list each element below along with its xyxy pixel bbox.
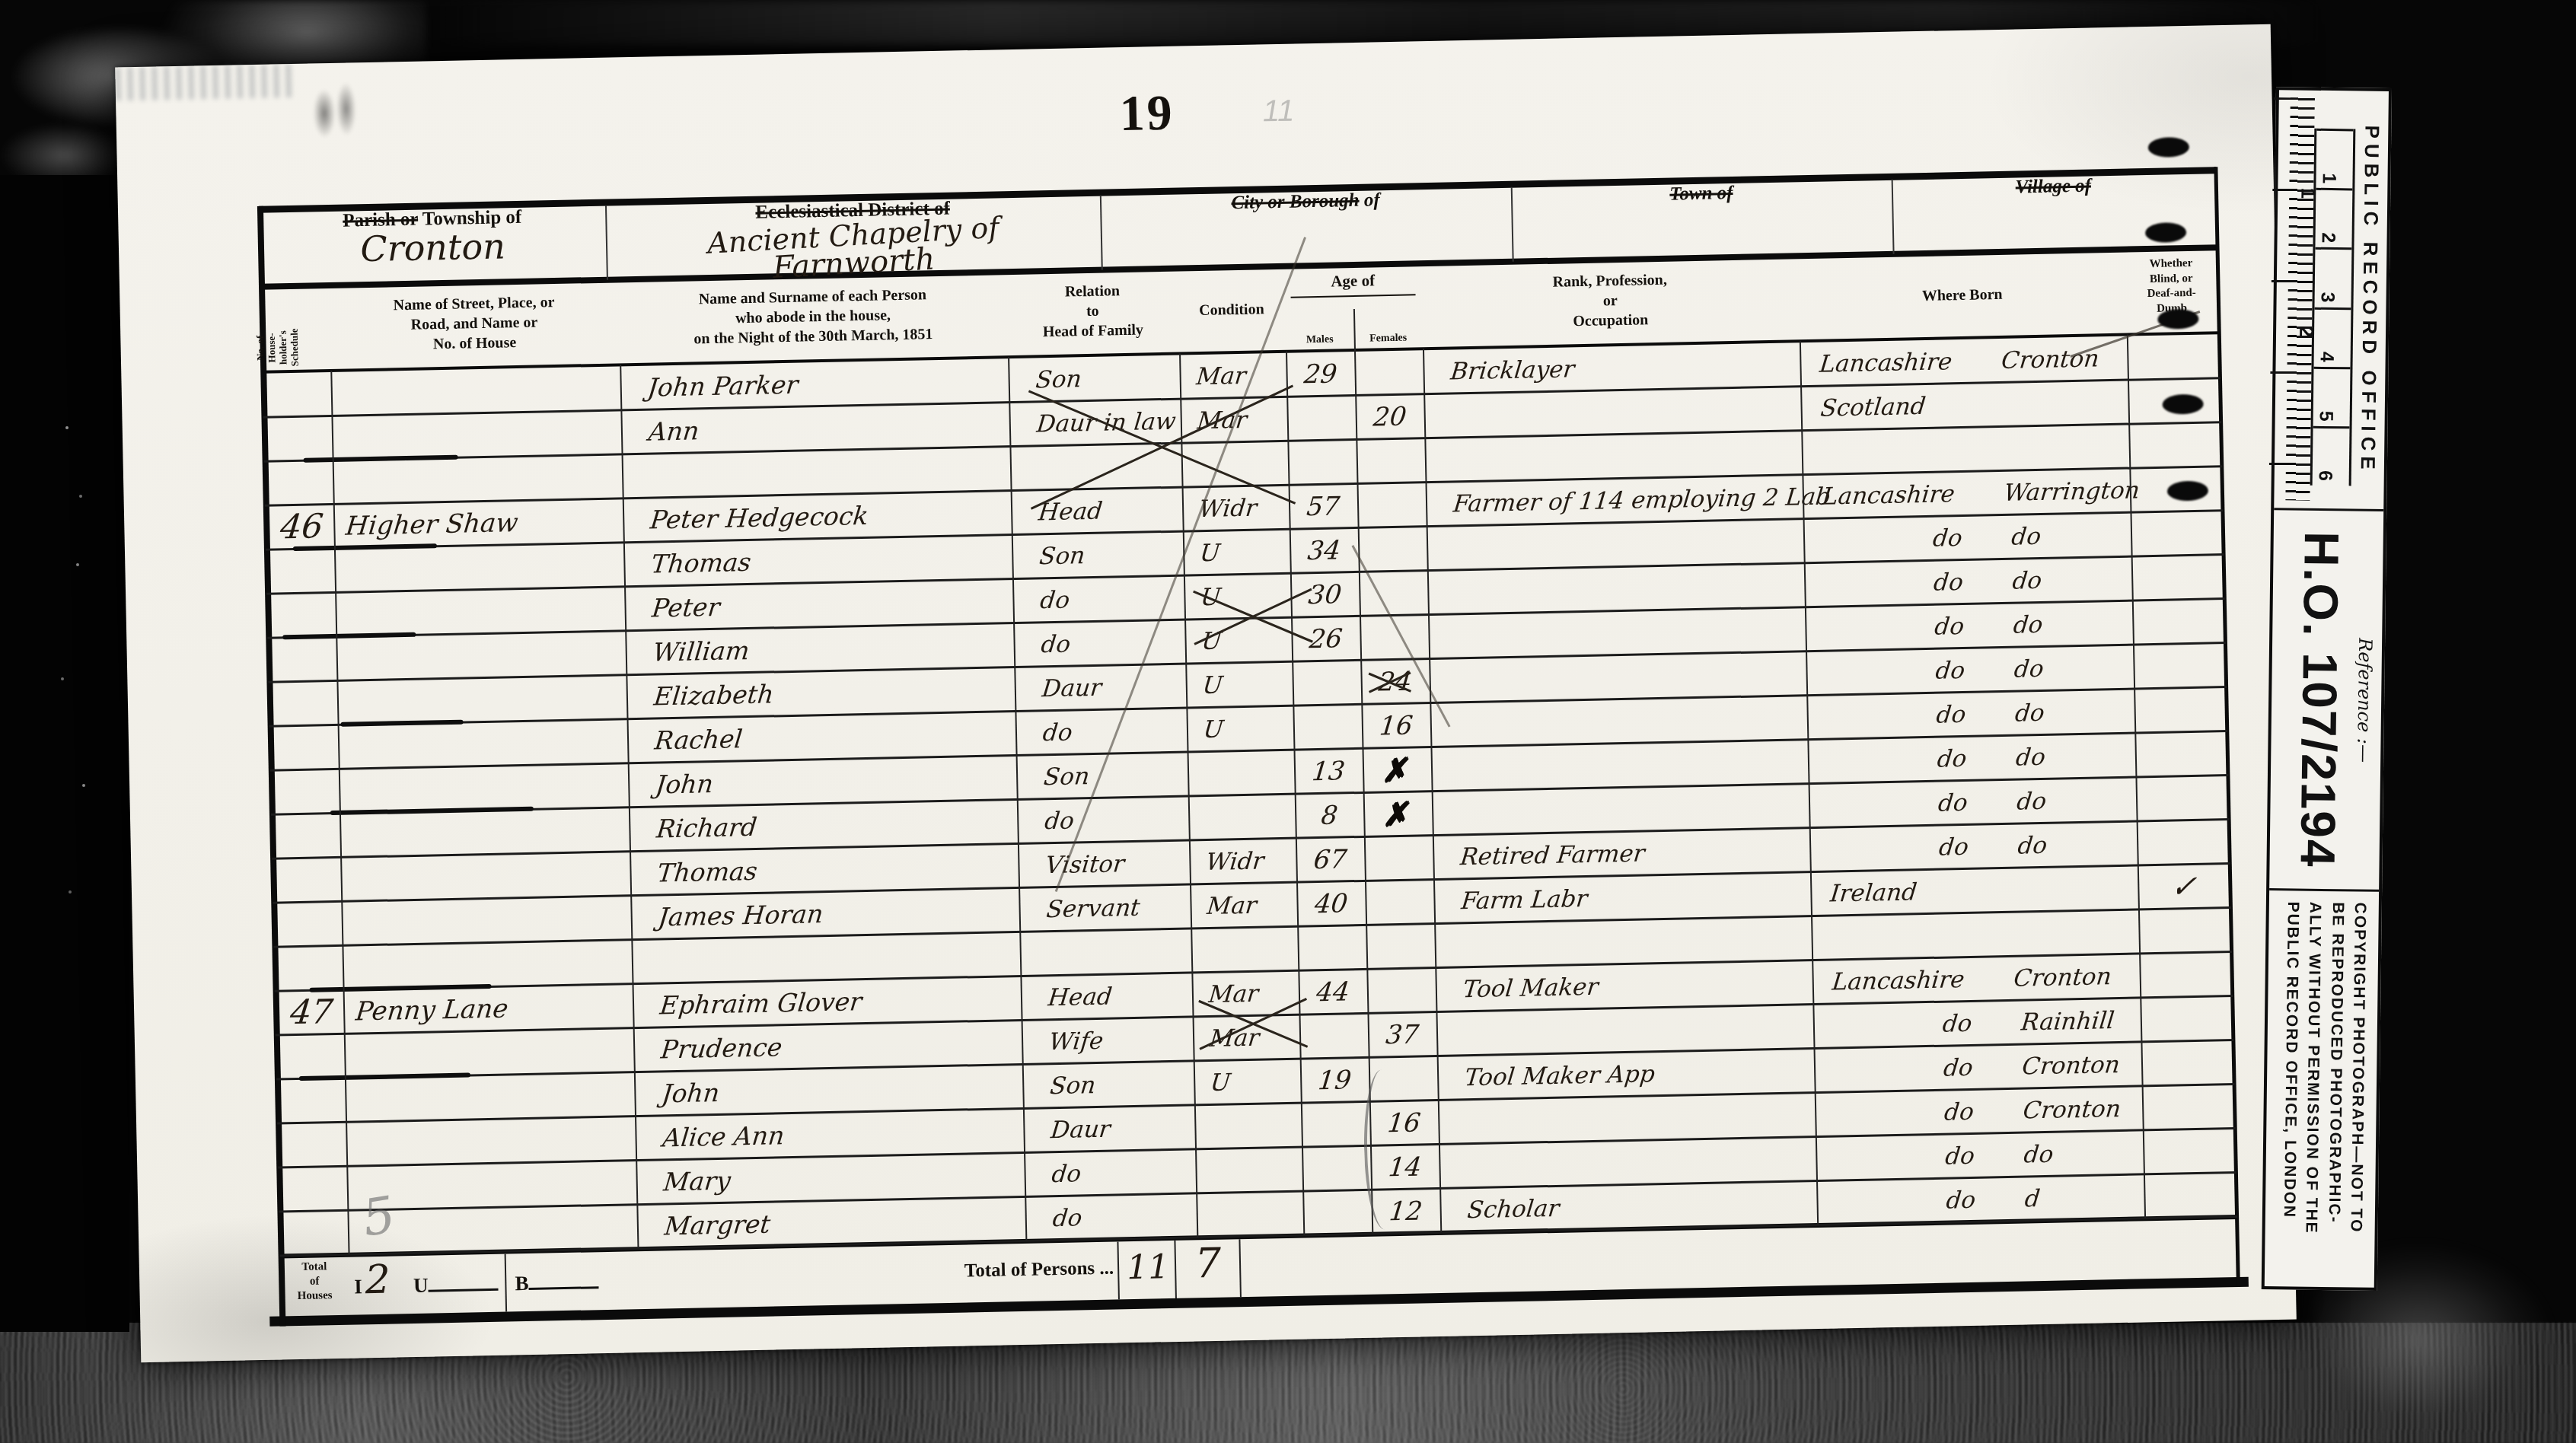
cell-street: Penny Lane bbox=[341, 985, 635, 1035]
totals-females: 7 bbox=[1177, 1232, 1239, 1295]
column-header-condition: Condition bbox=[1178, 269, 1286, 354]
pro-reference-section: Reference :— H.O. 107/2194 bbox=[2269, 510, 2383, 892]
cell-born: Lancashire Cronton bbox=[1798, 337, 2130, 388]
column-header-relation: Relation to Head of Family bbox=[1006, 271, 1179, 357]
pencil-smudge bbox=[307, 73, 363, 153]
cell-age_m: 40 bbox=[1295, 882, 1368, 928]
column-header-born: Where Born bbox=[1798, 252, 2127, 342]
ruler-inch-2: 2 bbox=[2294, 326, 2318, 337]
cell-name: Alice Ann bbox=[633, 1110, 1026, 1161]
ruler-number: 2 bbox=[2315, 188, 2352, 248]
cell-sched: 46 bbox=[263, 505, 336, 551]
table-right-border bbox=[2214, 167, 2240, 1287]
pencil-mark: 11 bbox=[1262, 94, 1294, 129]
cell-occupation: Retired Farmer bbox=[1430, 829, 1812, 881]
cell-sched: 47 bbox=[273, 991, 346, 1037]
cell-age_f: ✗ bbox=[1360, 748, 1433, 794]
cell-born: do do bbox=[1803, 601, 2135, 652]
row-line-emphasis bbox=[299, 1072, 470, 1081]
column-header-schedule: No. of House- holder's Schedule bbox=[254, 304, 339, 390]
cell-occupation: Tool Maker bbox=[1433, 961, 1815, 1013]
scribble-mark: ✗ bbox=[1382, 751, 1412, 789]
column-header-name: Name and Surname of each Person who abod… bbox=[618, 274, 1008, 365]
cell-name: James Horan bbox=[629, 889, 1022, 941]
cell-born: do do bbox=[1806, 734, 2138, 785]
cell-relation: do bbox=[1022, 1150, 1198, 1198]
cell-age_m: 13 bbox=[1292, 750, 1365, 795]
totals-divider-3 bbox=[1174, 1241, 1177, 1298]
cell-occupation: Bricklayer bbox=[1421, 343, 1803, 395]
totals-males: 11 bbox=[1121, 1240, 1175, 1295]
ruler-ticks: 1 2 bbox=[2285, 97, 2314, 500]
building-blank bbox=[528, 1263, 599, 1290]
inhabited-label: I bbox=[354, 1275, 362, 1298]
cell-relation: do bbox=[1023, 1194, 1199, 1242]
row-line-emphasis bbox=[282, 632, 416, 640]
cell-name: William bbox=[623, 624, 1016, 676]
cell-name: Thomas bbox=[628, 845, 1021, 897]
cell-relation: Head bbox=[1019, 973, 1194, 1021]
binding-hole bbox=[2167, 481, 2209, 502]
cell-born: do Cronton bbox=[1812, 1043, 2144, 1094]
pencil-five: 5 bbox=[359, 1185, 400, 1248]
cell-occupation: Farm Labr bbox=[1432, 873, 1813, 925]
cell-born: Lancashire Warrington bbox=[1800, 470, 2132, 521]
row-line-emphasis bbox=[341, 720, 464, 727]
ruler-number: 1 bbox=[2316, 129, 2353, 189]
census-page: 19 11 Parish or Township of Cronton Eccl… bbox=[115, 24, 2297, 1362]
age-label: Age of bbox=[1284, 266, 1422, 292]
ruler-number: 3 bbox=[2314, 247, 2351, 307]
ruler-number-cells: 123456 bbox=[2310, 129, 2356, 486]
cell-age_f: 20 bbox=[1353, 395, 1427, 441]
totals-divider-2 bbox=[1117, 1241, 1120, 1299]
ink-cross-mark-4 bbox=[1366, 664, 1413, 699]
cell-name: Peter Hedgecock bbox=[620, 492, 1013, 543]
cell-age_m: 8 bbox=[1293, 794, 1366, 839]
scribble-mark: ✗ bbox=[1382, 795, 1413, 833]
cell-street: Higher Shaw bbox=[331, 499, 625, 549]
cell-name: John Parker bbox=[618, 359, 1011, 411]
scan-specks bbox=[65, 426, 69, 429]
cell-born: do do bbox=[1807, 822, 2139, 873]
cell-occupation: Farmer of 114 employing 2 Lab bbox=[1423, 476, 1805, 527]
cell-born: do do bbox=[1805, 690, 2137, 741]
copyright-line: PUBLIC RECORD OFFICE, LONDON bbox=[2277, 901, 2303, 1273]
copyright-line: COPYRIGHT PHOTOGRAPH—NOT TO bbox=[2345, 902, 2371, 1274]
cell-relation: Servant bbox=[1017, 885, 1193, 933]
pro-copyright-section: COPYRIGHT PHOTOGRAPH—NOT TOBE REPRODUCED… bbox=[2265, 890, 2379, 1285]
cell-condition: U bbox=[1184, 707, 1296, 753]
cell-born: do Cronton bbox=[1812, 1087, 2144, 1138]
age-females-label: Females bbox=[1354, 332, 1423, 346]
copyright-line: ALLY WITHOUT PERMISSION OF THE bbox=[2300, 902, 2326, 1274]
cell-relation: Son bbox=[1014, 753, 1190, 801]
cell-name: Richard bbox=[626, 801, 1019, 852]
cell-name: John bbox=[632, 1066, 1025, 1117]
uninhabited-label: U bbox=[413, 1274, 429, 1297]
binding-hole bbox=[2162, 394, 2204, 415]
cell-name: Thomas bbox=[622, 536, 1015, 588]
age-males-label: Males bbox=[1286, 333, 1354, 347]
cell-occupation: Scholar bbox=[1438, 1182, 1819, 1234]
cell-condition: Mar bbox=[1188, 884, 1299, 930]
cell-name: Elizabeth bbox=[624, 668, 1017, 720]
cell-age_f: 16 bbox=[1360, 704, 1433, 750]
ruler-inch-1: 1 bbox=[2296, 187, 2319, 199]
ruler-number: 5 bbox=[2313, 366, 2351, 426]
totals-persons-label: Total of Persons ... bbox=[748, 1258, 1114, 1287]
cell-born: Ireland bbox=[1809, 866, 2141, 917]
age-underline bbox=[1291, 294, 1416, 298]
census-scan: 19 11 Parish or Township of Cronton Eccl… bbox=[0, 0, 2576, 1443]
cell-occupation: Tool Maker App bbox=[1435, 1050, 1816, 1101]
reference-value: H.O. 107/2194 bbox=[2289, 510, 2350, 889]
reference-label: Reference :— bbox=[2351, 511, 2377, 889]
pro-ruler-section: PUBLIC RECORD OFFICE 123456 1 2 bbox=[2274, 90, 2389, 511]
cell-name: Margret bbox=[635, 1198, 1028, 1250]
town-struck-label: Town of bbox=[1669, 183, 1733, 205]
cell-born: Lancashire Cronton bbox=[1810, 954, 2142, 1005]
cell-born: do do bbox=[1801, 514, 2133, 565]
inhabited-value: 2 bbox=[365, 1257, 391, 1304]
header-township: Parish or Township of Cronton bbox=[259, 205, 607, 287]
pro-office-title: PUBLIC RECORD OFFICE bbox=[2355, 91, 2384, 508]
cell-born: do d bbox=[1815, 1175, 2147, 1226]
cell-born: do do bbox=[1804, 645, 2136, 696]
village-struck-label: Village of bbox=[2015, 176, 2091, 198]
cell-name: Peter bbox=[623, 580, 1015, 632]
cell-age_f: 37 bbox=[1366, 1013, 1439, 1059]
cell-name: Mary bbox=[634, 1154, 1027, 1206]
ruler-number: 4 bbox=[2314, 307, 2351, 367]
cell-relation: Wife bbox=[1019, 1018, 1195, 1066]
cell-born: do do bbox=[1813, 1131, 2145, 1182]
row-line-emphasis bbox=[330, 807, 534, 815]
header-town: Town of bbox=[1511, 180, 1893, 262]
cell-relation: do bbox=[1015, 797, 1191, 845]
cell-born: do Rainhill bbox=[1811, 999, 2143, 1050]
header-district: Ecclesiastical District of Ancient Chape… bbox=[605, 196, 1101, 280]
cell-relation: Son bbox=[1020, 1062, 1196, 1110]
cell-age_f: ✗ bbox=[1361, 792, 1434, 838]
ruler-number: 6 bbox=[2313, 426, 2350, 486]
copyright-line: BE REPRODUCED PHOTOGRAPHIC- bbox=[2322, 902, 2348, 1274]
township-value: Cronton bbox=[260, 227, 607, 269]
cell-relation: do bbox=[1012, 620, 1188, 668]
ink-cross-mark-1 bbox=[1015, 348, 1309, 544]
cell-condition: Widr bbox=[1188, 839, 1299, 886]
scan-margin-left bbox=[0, 175, 129, 1332]
uninhabited-blank bbox=[428, 1266, 499, 1292]
pencil-brace bbox=[1363, 1069, 1404, 1230]
column-header-street: Name of Street, Place, or Road, and Name… bbox=[329, 282, 620, 371]
page-number: 19 bbox=[1119, 84, 1175, 143]
building-label: B bbox=[515, 1272, 529, 1295]
cell-relation: Daur bbox=[1022, 1106, 1197, 1154]
cell-relation: Daur bbox=[1012, 664, 1188, 712]
column-header-occupation: Rank, Profession, or Occupation bbox=[1421, 258, 1800, 349]
faint-stamp bbox=[115, 64, 295, 101]
cell-name: John bbox=[626, 757, 1019, 808]
cell-name: Ephraim Glover bbox=[630, 977, 1023, 1029]
cell-born: Scotland bbox=[1799, 381, 2131, 432]
cell-name: Prudence bbox=[631, 1021, 1024, 1073]
city-label: of bbox=[1364, 190, 1380, 210]
city-struck-label: City or Borough bbox=[1231, 190, 1360, 213]
totals-divider-4 bbox=[1239, 1239, 1242, 1297]
cell-born: do do bbox=[1802, 557, 2134, 608]
ink-cross-mark-3 bbox=[1193, 964, 1313, 1081]
totals-houses-label: Total of Houses bbox=[280, 1260, 349, 1304]
cell-name: Rachel bbox=[625, 712, 1018, 764]
cell-born: do do bbox=[1806, 778, 2138, 829]
row-line-emphasis bbox=[304, 455, 458, 463]
public-record-office-strip: PUBLIC RECORD OFFICE 123456 1 2 Referenc… bbox=[2262, 87, 2392, 1291]
binding-hole bbox=[2148, 137, 2190, 158]
cell-age_m: 67 bbox=[1293, 838, 1366, 884]
ink-cross-mark-2 bbox=[1187, 530, 1319, 700]
cell-remark: ✓ bbox=[2135, 865, 2231, 911]
header-city: City or Borough of bbox=[1100, 187, 1513, 270]
cell-relation: Visitor bbox=[1016, 841, 1192, 889]
cell-name: Ann bbox=[619, 403, 1012, 455]
cell-relation: do bbox=[1013, 709, 1189, 757]
